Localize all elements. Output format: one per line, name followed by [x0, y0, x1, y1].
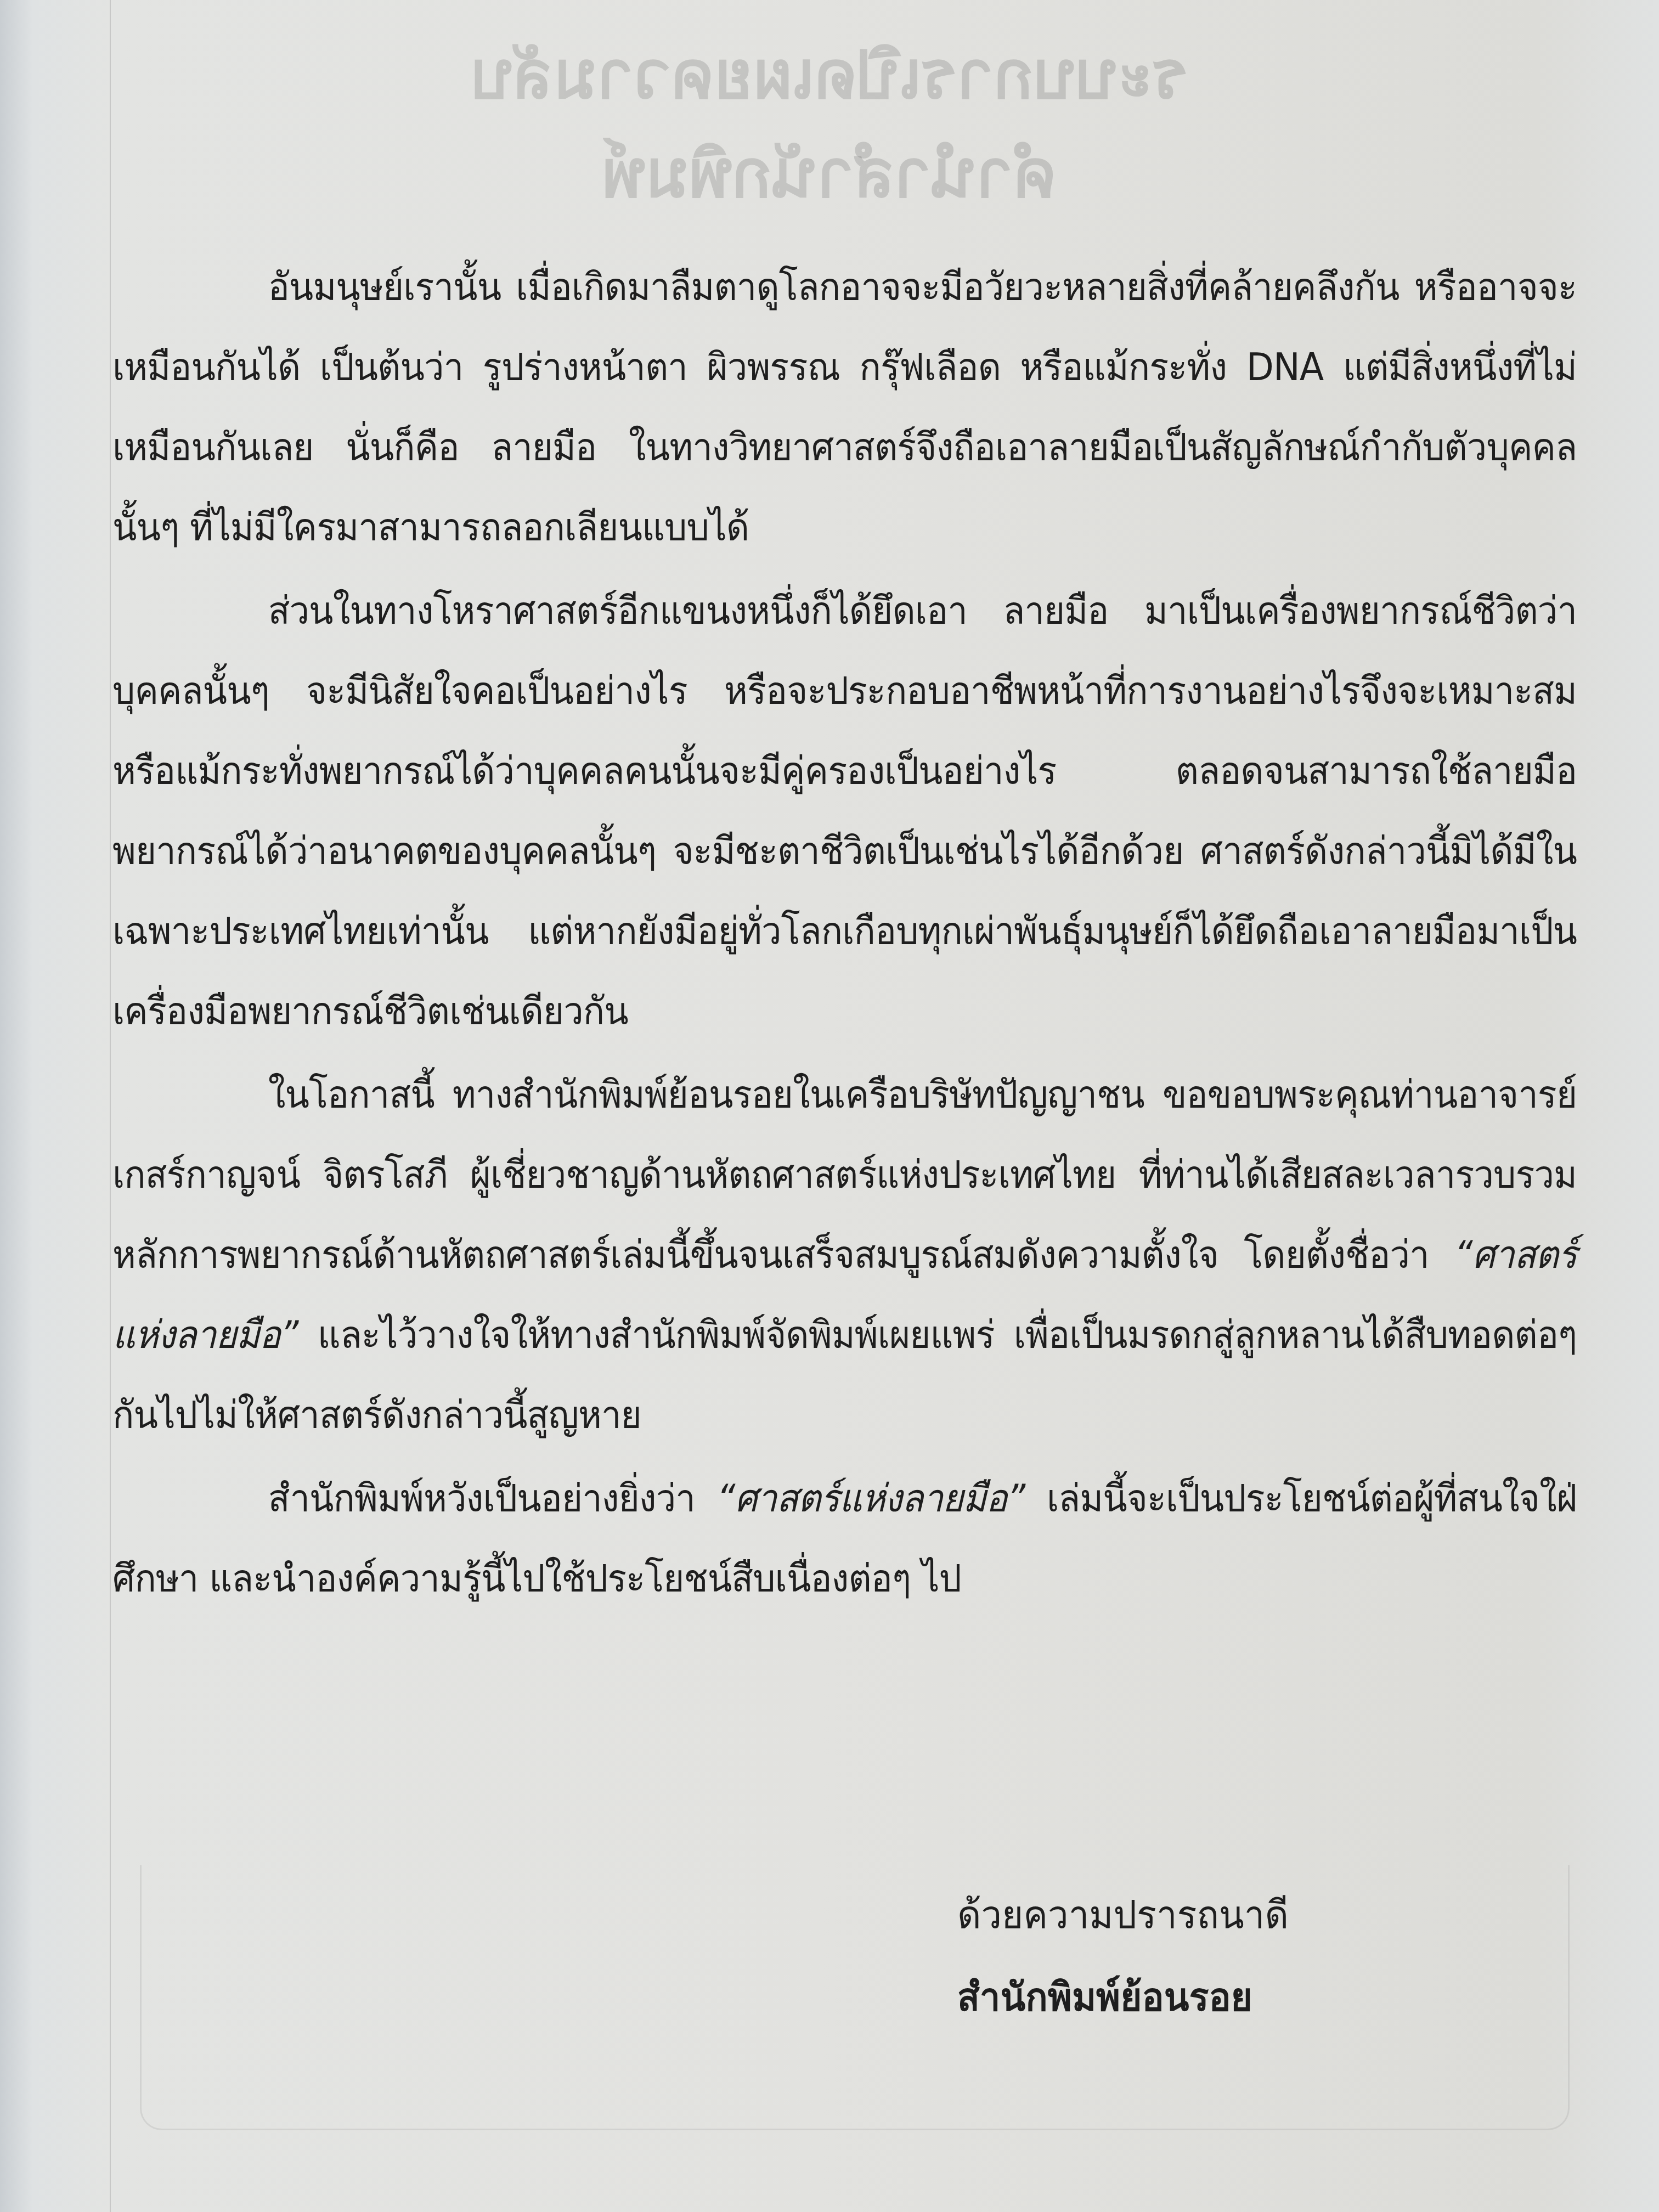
publisher-signature: สำนักพิมพ์ย้อนรอย [957, 1956, 1289, 2038]
paragraph-1: อันมนุษย์เรานั้น เมื่อเกิดมาลืมตาดูโลกอา… [112, 247, 1577, 567]
closing-line: ด้วยความปรารถนาดี [957, 1874, 1289, 1956]
page-gutter-edge [110, 0, 111, 2212]
signoff-block: ด้วยความปรารถนาดี สำนักพิมพ์ย้อนรอย [957, 1874, 1289, 2038]
paragraph-4-text-before: สำนักพิมพ์หวังเป็นอย่างยิ่งว่า [268, 1476, 717, 1521]
bleed-through-title-line-1: ระบบการเปิดเผยความลับ [0, 22, 1659, 127]
paragraph-3-text-after: และไว้วางใจให้ทางสำนักพิมพ์จัดพิมพ์เผยแพ… [112, 1312, 1577, 1437]
bleed-through-frame [140, 1865, 1570, 2130]
paragraph-3: ในโอกาสนี้ ทางสำนักพิมพ์ย้อนรอยในเครือบร… [112, 1054, 1577, 1455]
paragraph-4: สำนักพิมพ์หวังเป็นอย่างยิ่งว่า “ศาสตร์แห… [112, 1458, 1577, 1618]
book-title: “ศาสตร์แห่งลายมือ” [717, 1476, 1025, 1521]
paragraph-2: ส่วนในทางโหราศาสตร์อีกแขนงหนึ่งก็ได้ยึดเ… [112, 571, 1577, 1051]
paragraph-3-text-before: ในโอกาสนี้ ทางสำนักพิมพ์ย้อนรอยในเครือบร… [112, 1072, 1577, 1277]
foreword-body: อันมนุษย์เรานั้น เมื่อเกิดมาลืมตาดูโลกอา… [112, 247, 1577, 1618]
bleed-through-title-line-2: คำนำสำนักพิมพ์ [0, 121, 1659, 225]
